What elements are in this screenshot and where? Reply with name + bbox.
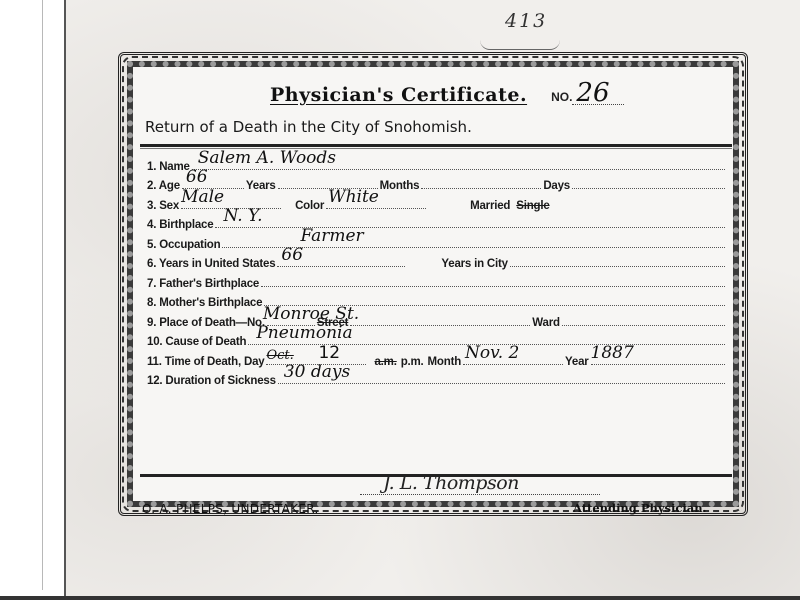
physician-signature: J. L. Thompson — [383, 472, 519, 494]
scan-edge-line — [42, 0, 43, 590]
field-value: 30 days — [284, 362, 350, 382]
year-line: 1887 — [591, 364, 725, 365]
years-in-city-label: Years in City — [441, 258, 507, 270]
day-struck-value: Oct. — [266, 348, 293, 363]
field-mothers-birthplace: 8. Mother's Birthplace — [147, 290, 727, 310]
page-number-underline — [480, 40, 560, 50]
field-label: 6. Years in United States — [147, 258, 275, 270]
field-line — [261, 286, 725, 287]
field-label: 10. Cause of Death — [147, 336, 246, 348]
field-line: Salem A. Woods — [192, 169, 725, 170]
field-label: 1. Name — [147, 161, 190, 173]
field-line: 30 days — [278, 383, 725, 384]
month-line: Nov. 2 — [463, 364, 563, 365]
field-value: Farmer — [300, 226, 363, 246]
field-place-of-death: 9. Place of Death—No. Monroe St. Street … — [147, 309, 727, 329]
certificate-number-label: NO. — [551, 90, 572, 104]
scan-bottom-edge — [0, 596, 800, 600]
field-duration-of-sickness: 12. Duration of Sickness 30 days — [147, 368, 727, 388]
color-line: White — [326, 208, 426, 209]
days-line — [572, 188, 725, 189]
days-label: Days — [543, 180, 570, 192]
months-label: Months — [380, 180, 420, 192]
field-label: 4. Birthplace — [147, 219, 213, 231]
field-label: 7. Father's Birthplace — [147, 278, 259, 290]
year-value: 1887 — [591, 343, 634, 363]
certificate-title: Physician's Certificate. — [270, 84, 527, 106]
ward-line — [562, 325, 725, 326]
ward-label: Ward — [532, 317, 560, 329]
field-label: 12. Duration of Sickness — [147, 375, 276, 387]
field-value: 66 — [186, 167, 208, 187]
field-label: 2. Age — [147, 180, 180, 192]
field-years-in-us: 6. Years in United States 66 Years in Ci… — [147, 251, 727, 271]
certificate-header: Physician's Certificate. NO. 26 — [270, 82, 624, 106]
year-label: Year — [565, 356, 589, 368]
pm-label: p.m. — [401, 356, 424, 368]
field-value: Pneumonia — [256, 323, 352, 343]
month-label: Month — [428, 356, 461, 368]
field-value: N. Y. — [223, 206, 262, 226]
certificate-number: 26 — [572, 82, 623, 105]
years-in-city-line — [510, 266, 725, 267]
field-value: 12 — [318, 343, 340, 363]
field-fathers-birthplace: 7. Father's Birthplace — [147, 270, 727, 290]
years-label: Years — [246, 180, 276, 192]
street-line — [350, 325, 530, 326]
page-number: 413 — [505, 10, 547, 32]
field-label: 8. Mother's Birthplace — [147, 297, 262, 309]
months-line — [421, 188, 541, 189]
field-birthplace: 4. Birthplace N. Y. — [147, 212, 727, 232]
field-value: Salem A. Woods — [198, 148, 336, 168]
single-label: Single — [516, 200, 549, 212]
field-age: 2. Age 66 Years Months Days — [147, 173, 727, 193]
color-label: Color — [295, 200, 324, 212]
field-label: 3. Sex — [147, 200, 179, 212]
am-label: a.m. — [374, 356, 396, 368]
field-time-of-death: 11. Time of Death, Day Oct. 12 a.m. p.m.… — [147, 348, 727, 368]
field-value: Monroe St. — [263, 304, 359, 324]
field-name: 1. Name Salem A. Woods — [147, 153, 727, 173]
signature-line — [360, 494, 600, 495]
field-value: 66 — [281, 245, 303, 265]
undertaker-name: O. A. PHELPS, UNDERTAKER. — [142, 502, 319, 516]
color-value: White — [328, 187, 379, 207]
attending-physician-label: Attending Physician. — [573, 501, 707, 515]
certificate-subtitle: Return of a Death in the City of Snohomi… — [145, 118, 472, 136]
field-occupation: 5. Occupation Farmer — [147, 231, 727, 251]
certificate-fields: 1. Name Salem A. Woods 2. Age 66 Years M… — [147, 153, 727, 387]
month-value: Nov. 2 — [465, 343, 519, 363]
field-cause-of-death: 10. Cause of Death Pneumonia — [147, 329, 727, 349]
field-value: Male — [181, 187, 224, 207]
field-line: 66 — [277, 266, 405, 267]
field-label: 5. Occupation — [147, 239, 220, 251]
field-label: 11. Time of Death, Day — [147, 356, 264, 368]
married-label: Married — [470, 200, 510, 212]
field-label: 9. Place of Death—No. — [147, 317, 265, 329]
field-line: N. Y. — [215, 227, 725, 228]
